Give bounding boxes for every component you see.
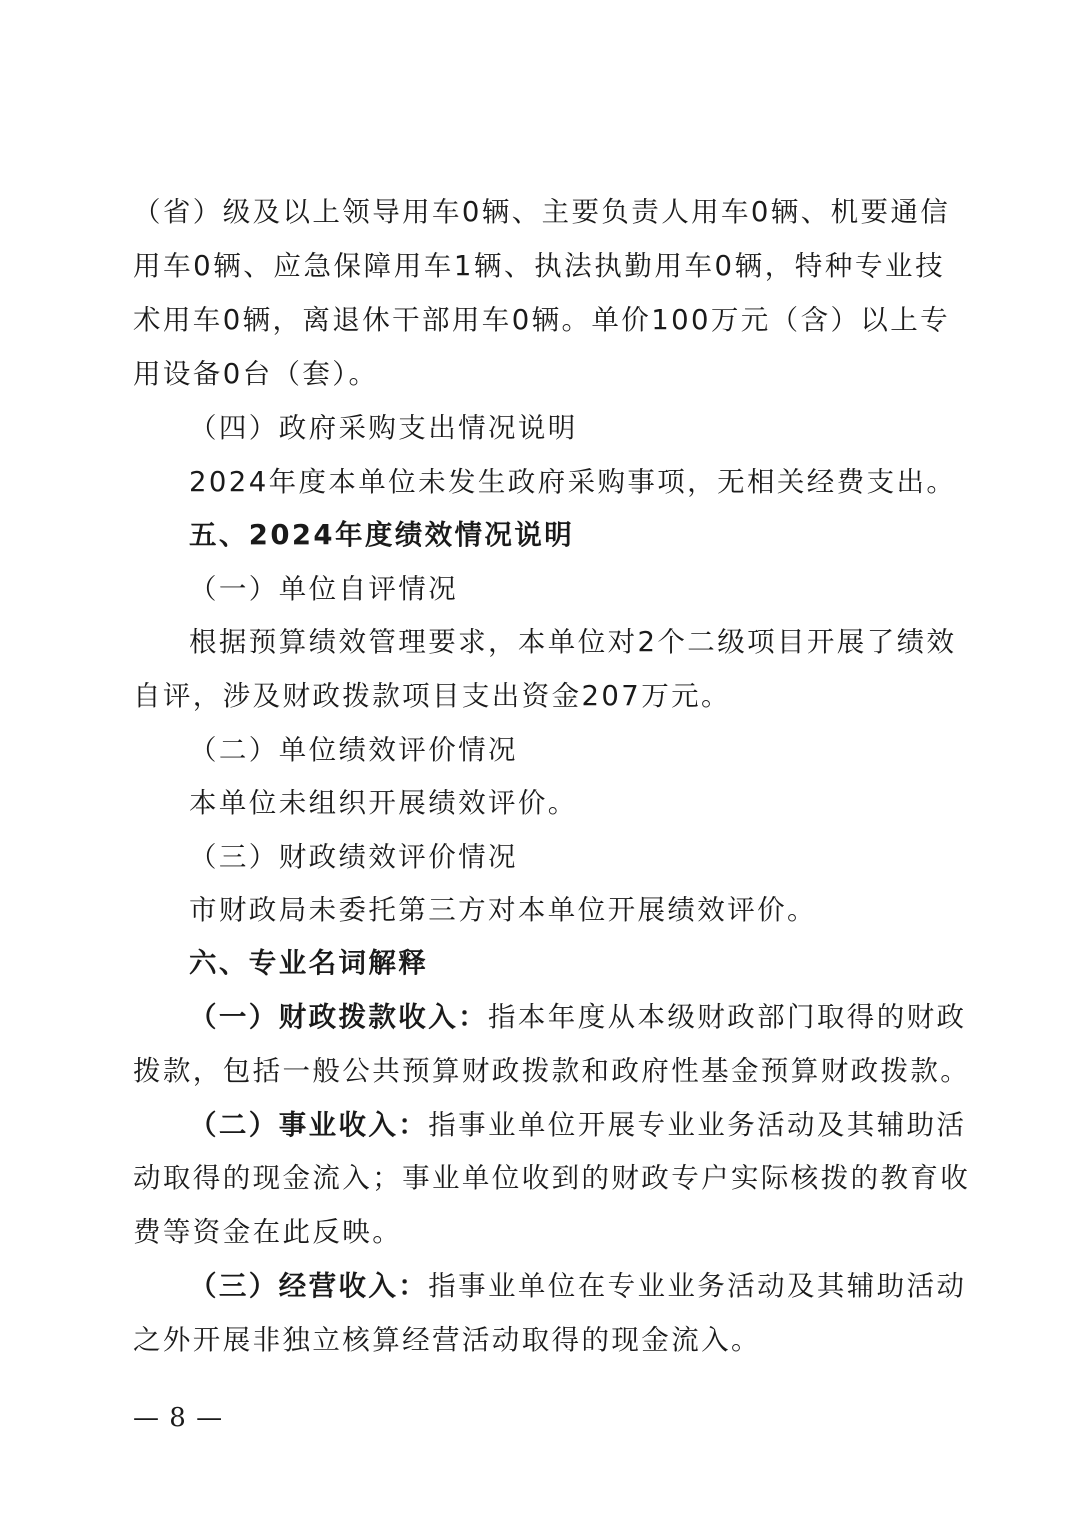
- paragraph-line: 动取得的现金流入；事业单位收到的财政专户实际核拨的教育收: [133, 1158, 945, 1198]
- subheading-self-evaluation: （一）单位自评情况: [189, 569, 945, 609]
- paragraph-line: 之外开展非独立核算经营活动取得的现金流入。: [133, 1320, 945, 1360]
- paragraph-line: 拨款，包括一般公共预算财政拨款和政府性基金预算财政拨款。: [133, 1051, 945, 1091]
- glossary-term-fiscal-appropriation: （一）财政拨款收入：指本年度从本级财政部门取得的财政: [189, 997, 945, 1037]
- term-definition: 指事业单位在专业业务活动及其辅助活动: [428, 1270, 966, 1302]
- subheading-government-procurement: （四）政府采购支出情况说明: [189, 408, 945, 448]
- page-number: — 8 —: [133, 1400, 223, 1436]
- term-label: （一）财政拨款收入：: [189, 1001, 488, 1033]
- subheading-unit-evaluation: （二）单位绩效评价情况: [189, 730, 945, 770]
- term-label: （三）经营收入：: [189, 1270, 428, 1302]
- paragraph-line: 自评，涉及财政拨款项目支出资金207万元。: [133, 676, 945, 716]
- term-label: （二）事业收入：: [189, 1109, 428, 1141]
- heading-glossary: 六、专业名词解释: [189, 943, 945, 983]
- paragraph-line: 根据预算绩效管理要求，本单位对2个二级项目开展了绩效: [189, 622, 945, 662]
- heading-performance: 五、2024年度绩效情况说明: [189, 515, 945, 555]
- term-definition: 指本年度从本级财政部门取得的财政: [488, 1001, 966, 1033]
- paragraph-line: 用车0辆、应急保障用车1辆、执法执勤用车0辆，特种专业技: [133, 246, 945, 286]
- subheading-fiscal-evaluation: （三）财政绩效评价情况: [189, 837, 945, 877]
- glossary-term-business-income: （二）事业收入：指事业单位开展专业业务活动及其辅助活: [189, 1105, 945, 1145]
- glossary-term-operating-income: （三）经营收入：指事业单位在专业业务活动及其辅助活动: [189, 1266, 945, 1306]
- paragraph-line: （省）级及以上领导用车0辆、主要负责人用车0辆、机要通信: [133, 192, 945, 232]
- document-page: （省）级及以上领导用车0辆、主要负责人用车0辆、机要通信 用车0辆、应急保障用车…: [0, 0, 1075, 1520]
- term-definition: 指事业单位开展专业业务活动及其辅助活: [428, 1109, 966, 1141]
- paragraph-line: 本单位未组织开展绩效评价。: [189, 783, 945, 823]
- paragraph-line: 市财政局未委托第三方对本单位开展绩效评价。: [189, 890, 945, 930]
- paragraph-line: 术用车0辆，离退休干部用车0辆。单价100万元（含）以上专: [133, 300, 945, 340]
- paragraph-line: 费等资金在此反映。: [133, 1212, 945, 1252]
- paragraph-line: 用设备0台（套）。: [133, 354, 945, 394]
- paragraph-line: 2024年度本单位未发生政府采购事项，无相关经费支出。: [189, 462, 945, 502]
